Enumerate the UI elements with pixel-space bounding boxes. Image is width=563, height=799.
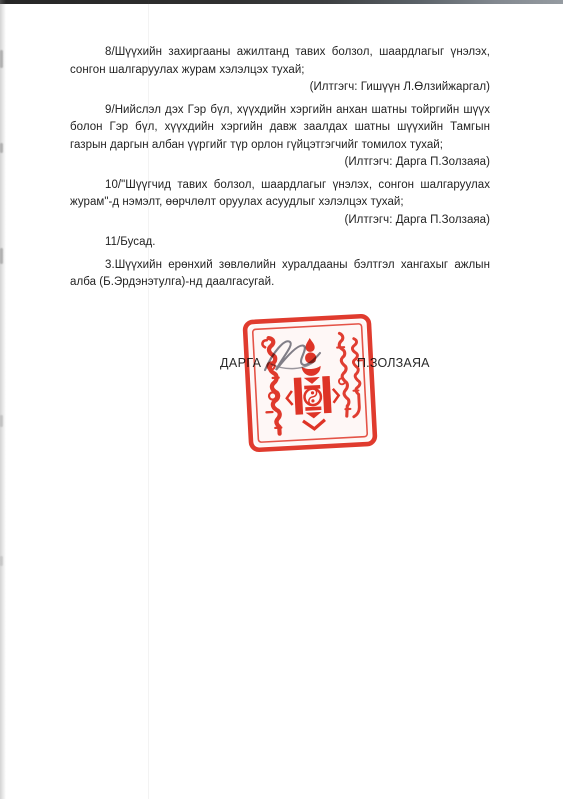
agenda-item-8: 8/Шүүхийн захиргааны ажилтанд тавих болз…: [70, 44, 490, 79]
scan-smudge: [0, 248, 3, 264]
presenter-line-9: (Илтгэгч: Дарга П.Золзаяа): [70, 154, 490, 172]
document-page: 8/Шүүхийн захиргааны ажилтанд тавих болз…: [0, 0, 563, 799]
scan-artifact-top-edge: [0, 0, 563, 4]
scan-smudge: [0, 50, 3, 68]
scan-smudge: [0, 415, 3, 427]
presenter-line-8: (Илтгэгч: Гишүүн Л.Өлзийжаргал): [70, 79, 490, 97]
document-body: 8/Шүүхийн захиргааны ажилтанд тавих болз…: [70, 44, 490, 292]
agenda-item-11: 11/Бусад.: [70, 234, 490, 252]
scan-smudge: [0, 143, 3, 153]
agenda-item-9: 9/Нийслэл дэх Гэр бүл, хүүхдийн хэргийн …: [70, 102, 490, 155]
agenda-item-10: 10/"Шүүгчид тавих болзол, шаардлагыг үнэ…: [70, 177, 490, 212]
scan-smudge: [0, 556, 3, 566]
handwritten-signature: [257, 330, 337, 378]
scan-artifact-left-edge: [0, 0, 6, 799]
signature-icon: [257, 330, 337, 378]
resolution-clause-3: 3.Шүүхийн ерөнхий зөвлөлийн хуралдааны б…: [70, 257, 490, 292]
presenter-line-10: (Илтгэгч: Дарга П.Золзаяа): [70, 212, 490, 230]
